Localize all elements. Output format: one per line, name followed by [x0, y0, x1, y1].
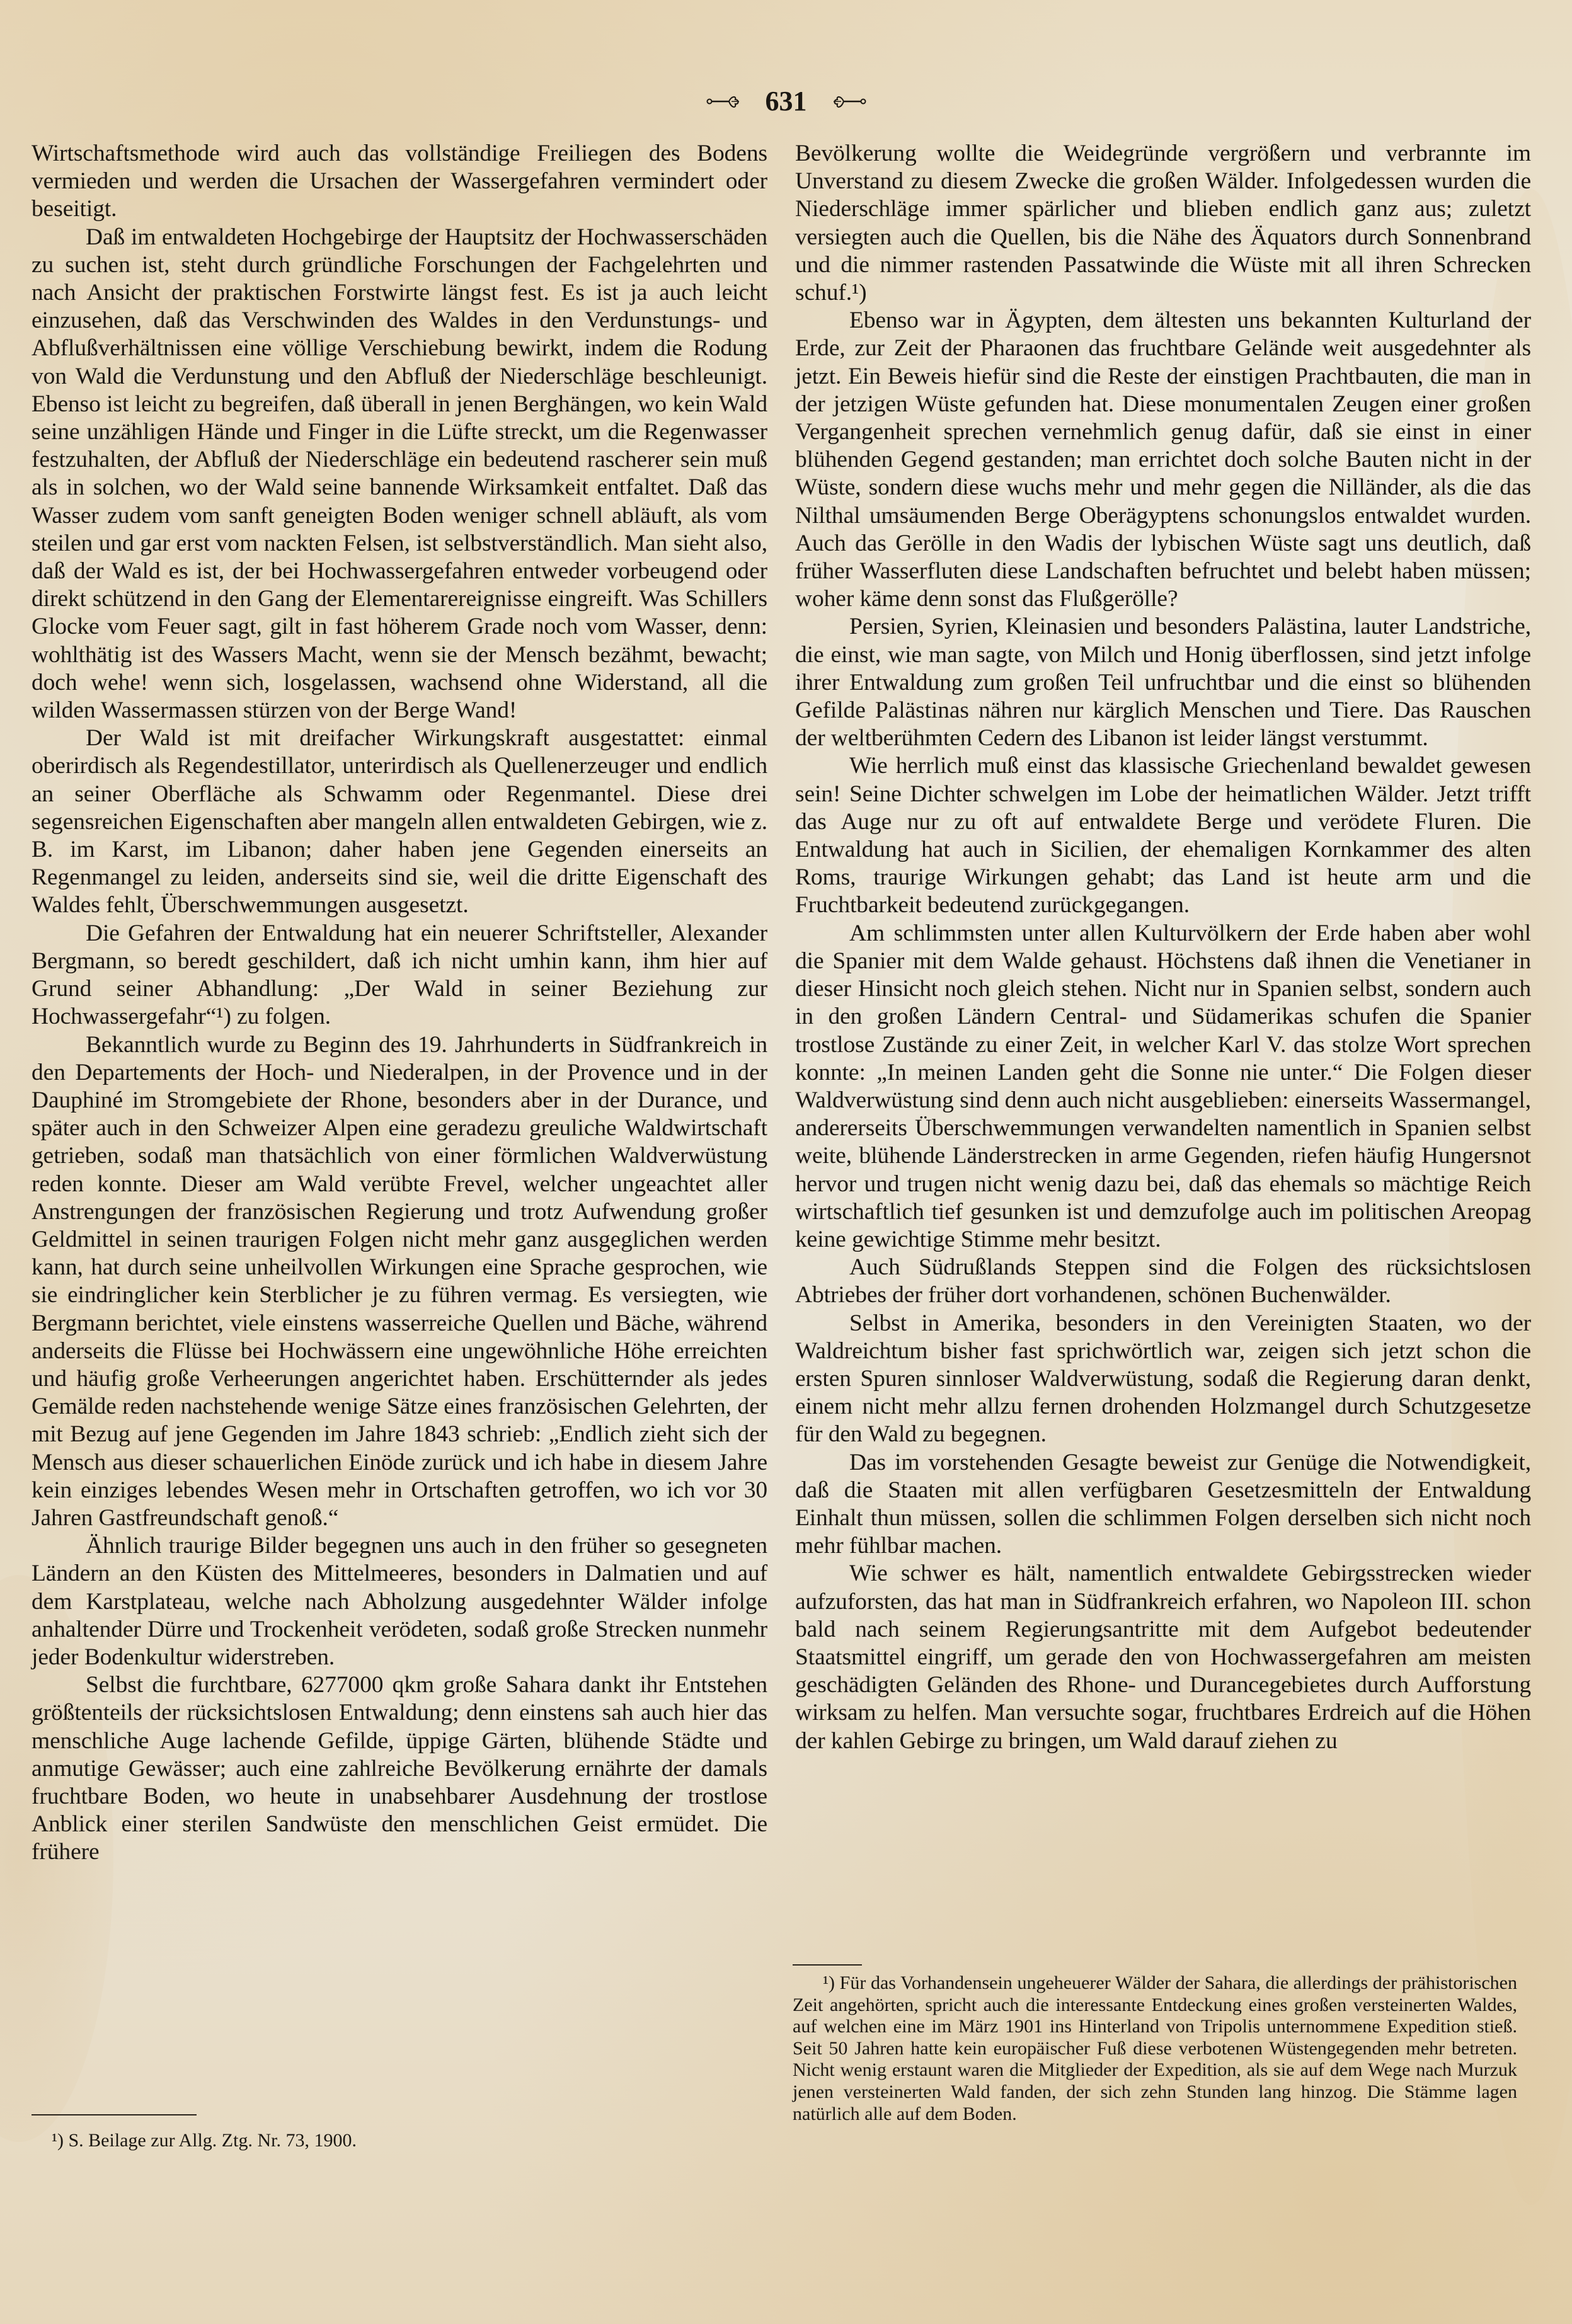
paragraph: Am schlimmsten unter allen Kulturvölkern… — [795, 920, 1531, 1254]
paragraph: Persien, Syrien, Kleinasien und besonder… — [795, 613, 1531, 752]
page-number: 631 — [766, 85, 807, 117]
paragraph: Der Wald ist mit dreifacher Wirkungskraf… — [32, 724, 767, 919]
footnote-divider — [32, 2114, 197, 2115]
paragraph: Bekanntlich wurde zu Beginn des 19. Jahr… — [32, 1031, 767, 1533]
paragraph: Das im vorstehenden Gesagte beweist zur … — [795, 1449, 1531, 1560]
paragraph: Bevölkerung wollte die Weidegründe vergr… — [795, 140, 1531, 307]
paragraph: Auch Südrußlands Steppen sind die Folgen… — [795, 1254, 1531, 1309]
left-column: Wirtschaftsmethode wird auch das vollstä… — [32, 140, 767, 1867]
paragraph: Selbst in Amerika, besonders in den Vere… — [795, 1310, 1531, 1449]
newspaper-page: 631 Wirtschaftsmethode wird auch das vol… — [0, 0, 1572, 2324]
paragraph: Ebenso war in Ägypten, dem ältesten uns … — [795, 307, 1531, 613]
right-column: Bevölkerung wollte die Weidegründe vergr… — [795, 140, 1531, 1755]
paragraph: Wie schwer es hält, namentlich entwaldet… — [795, 1560, 1531, 1754]
flourish-right-icon — [831, 92, 866, 111]
flourish-left-icon — [706, 92, 742, 111]
paragraph: Wirtschaftsmethode wird auch das vollstä… — [32, 140, 767, 224]
paragraph: Daß im entwaldeten Hochgebirge der Haupt… — [32, 224, 767, 725]
page-header: 631 — [0, 85, 1572, 117]
footnote: ¹) Für das Vorhandensein ungeheuerer Wäl… — [793, 1972, 1517, 2125]
paragraph: Selbst die furchtbare, 6277000 qkm große… — [32, 1671, 767, 1866]
footnote-divider — [793, 1964, 862, 1966]
paragraph: Wie herrlich muß einst das klassische Gr… — [795, 752, 1531, 919]
paragraph: Die Gefahren der Entwaldung hat ein neue… — [32, 920, 767, 1031]
footnote: ¹) S. Beilage zur Allg. Ztg. Nr. 73, 190… — [52, 2130, 745, 2152]
paragraph: Ähnlich traurige Bilder begegnen uns auc… — [32, 1532, 767, 1671]
